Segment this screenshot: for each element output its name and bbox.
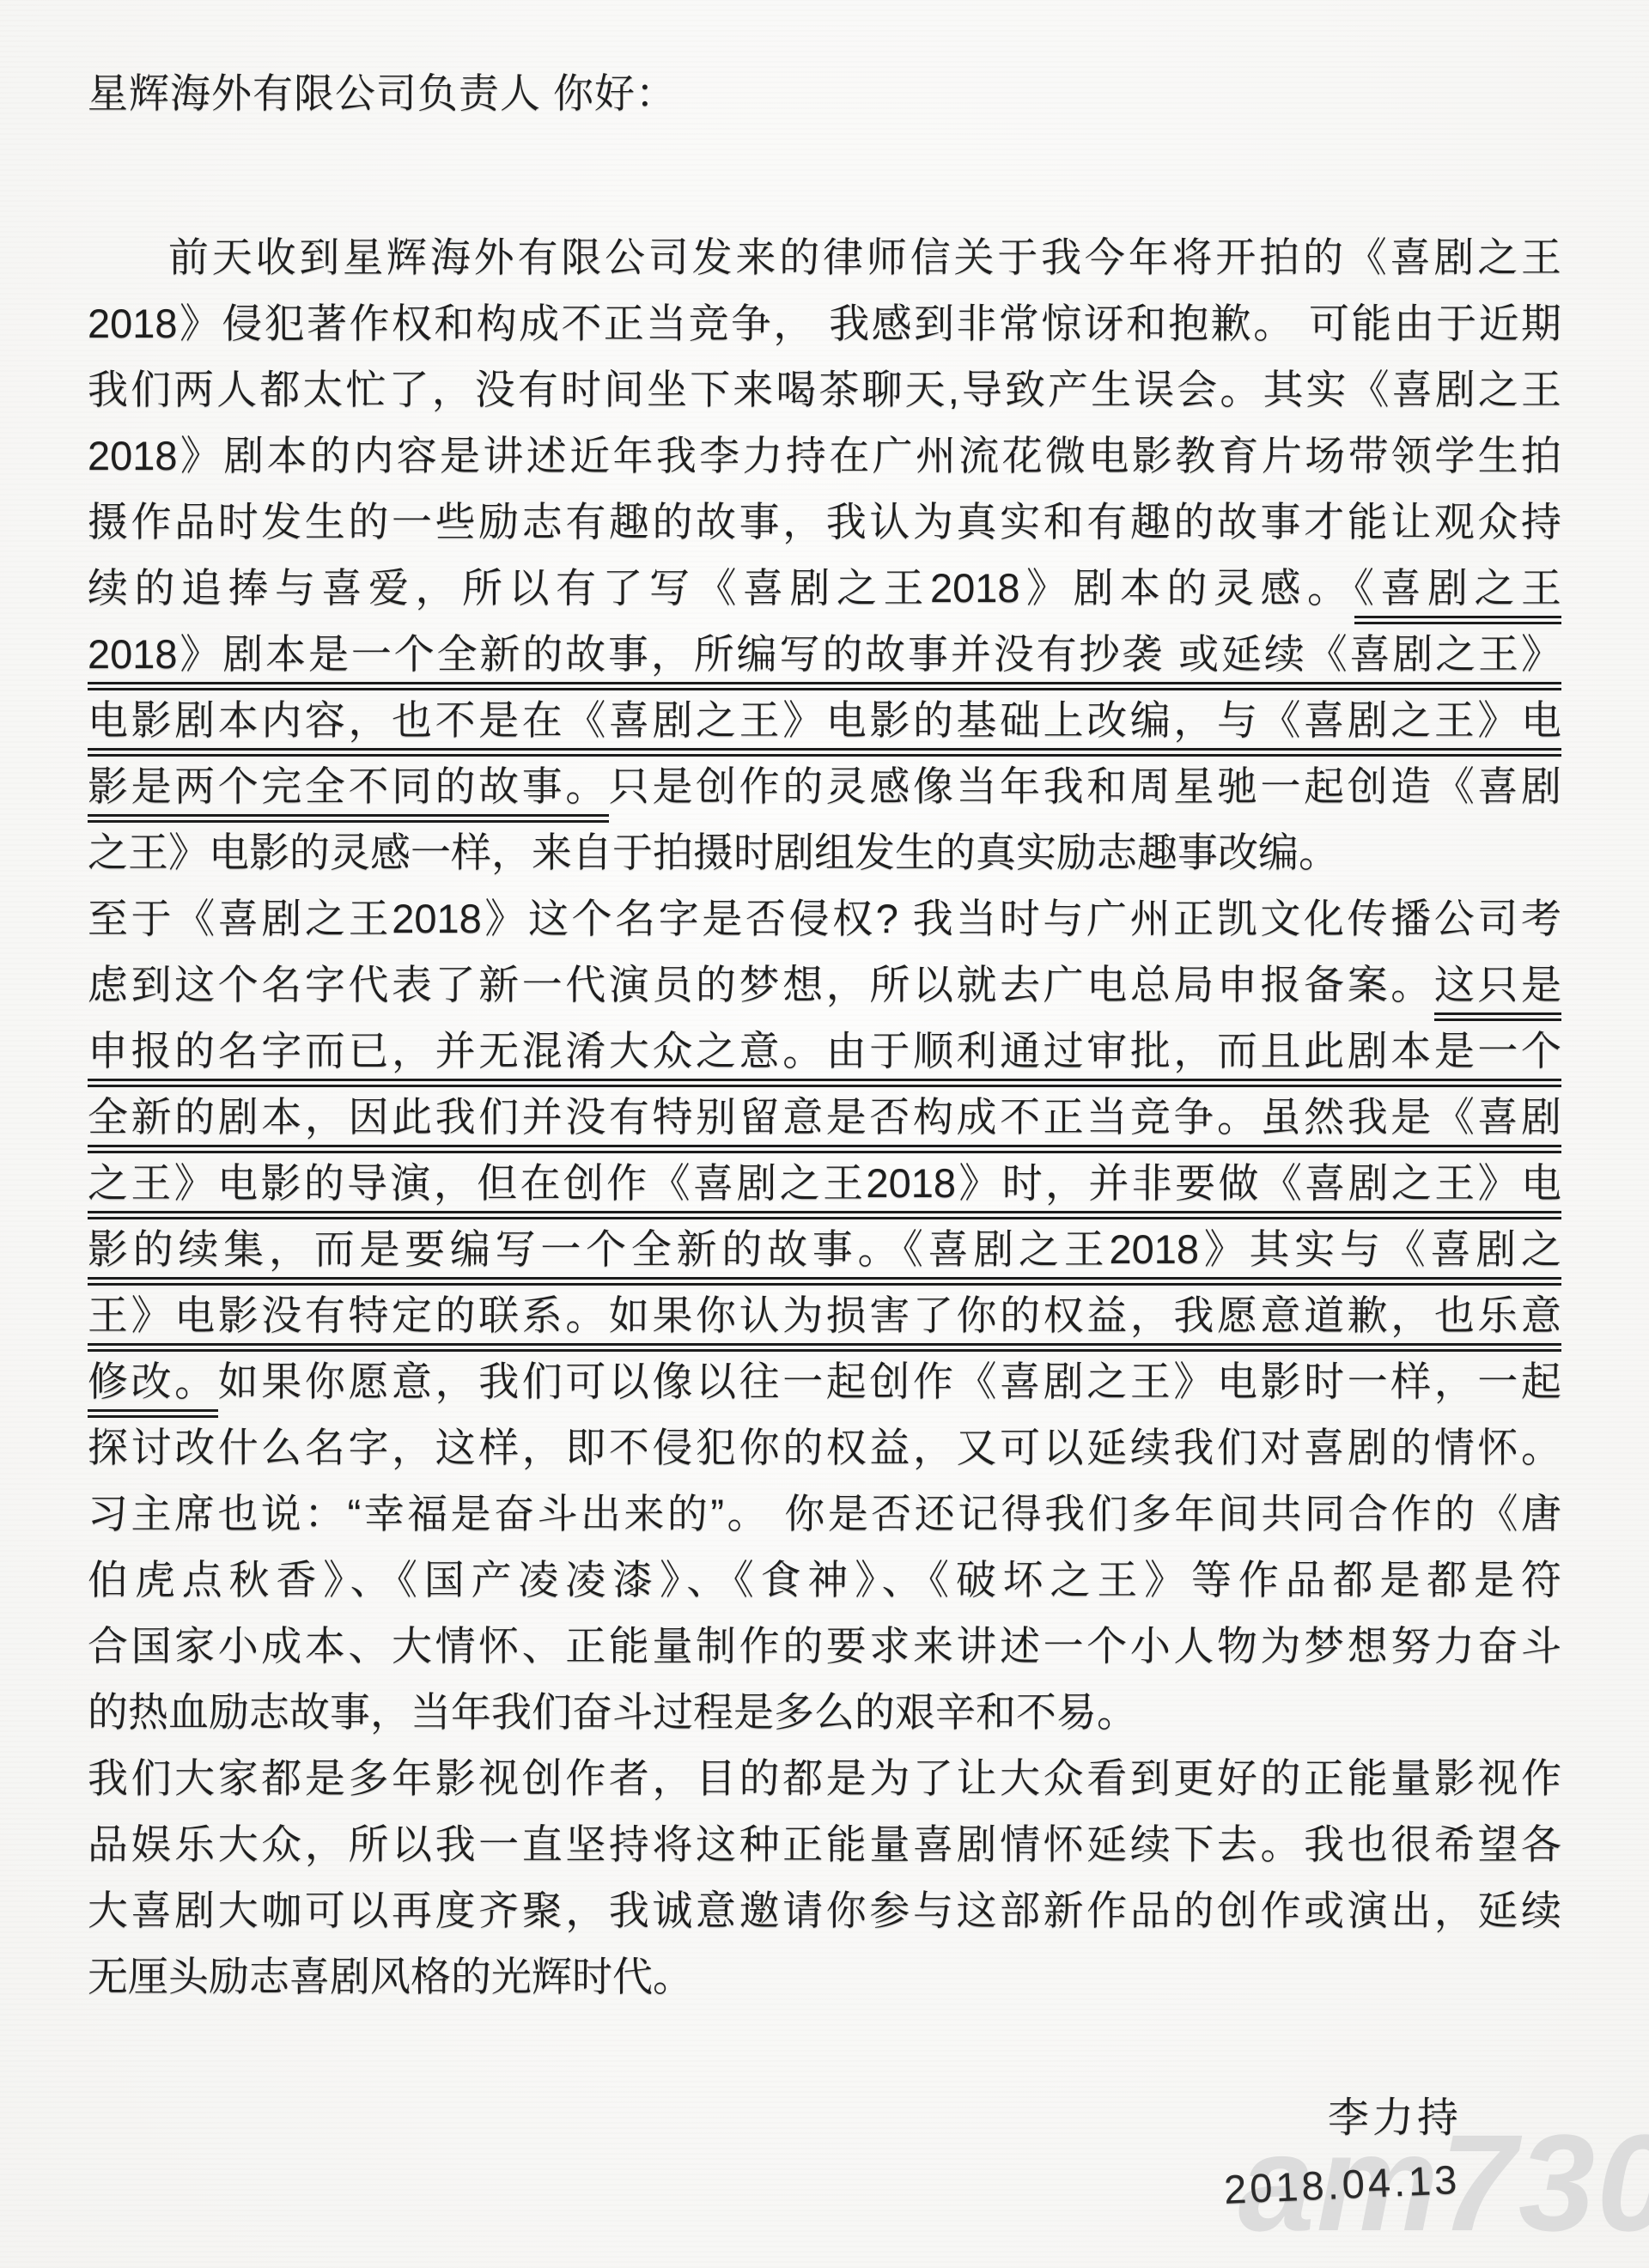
text-segment: 续的追捧与喜爱，所以有了写《喜剧之王2018》剧本的灵感。 [88, 565, 1354, 611]
text-segment: 合国家小成本、大情怀、正能量制作的要求来讲述一个小人物为梦想努力奋斗 [88, 1623, 1561, 1669]
letter-line: 至于《喜剧之王2018》这个名字是否侵权? 我当时与广州正凯文化传播公司考 [88, 885, 1561, 952]
underlined-text: 修改。 [88, 1359, 218, 1418]
text-segment: 的热血励志故事，当年我们奋斗过程是多么的艰辛和不易。 [88, 1689, 1137, 1735]
letter-line: 合国家小成本、大情怀、正能量制作的要求来讲述一个小人物为梦想努力奋斗 [88, 1613, 1561, 1679]
letter-line: 的热血励志故事，当年我们奋斗过程是多么的艰辛和不易。 [88, 1679, 1561, 1745]
underlined-text: 这只是 [1434, 962, 1561, 1021]
letter-line: 大喜剧大咖可以再度齐聚，我诚意邀请你参与这部新作品的创作或演出，延续 [88, 1877, 1561, 1943]
text-segment: 伯虎点秋香》、《国产凌凌漆》、《食神》、《破坏之王》等作品都是都是符 [88, 1557, 1561, 1602]
letter-line: 前天收到星辉海外有限公司发来的律师信关于我今年将开拍的《喜剧之王 [88, 224, 1561, 290]
letter-date: 2018.04.13 [1222, 2146, 1461, 2222]
letter-line: 2018》侵犯著作权和构成不正当竞争， 我感到非常惊讶和抱歉。 可能由于近期 [88, 290, 1561, 356]
letter-line: 影是两个完全不同的故事。只是创作的灵感像当年我和周星驰一起创造《喜剧 [88, 753, 1561, 819]
letter-line: 伯虎点秋香》、《国产凌凌漆》、《食神》、《破坏之王》等作品都是都是符 [88, 1547, 1561, 1613]
letter-line: 虑到这个名字代表了新一代演员的梦想，所以就去广电总局申报备案。这只是 [88, 952, 1561, 1018]
letter-line: 修改。如果你愿意，我们可以像以往一起创作《喜剧之王》电影时一样，一起 [88, 1348, 1561, 1414]
letter-document: am730 星辉海外有限公司负责人 你好： 前天收到星辉海外有限公司发来的律师信… [0, 0, 1649, 2268]
letter-line: 电影剧本内容，也不是在《喜剧之王》电影的基础上改编，与《喜剧之王》电 [88, 687, 1561, 753]
text-segment: 我们大家都是多年影视创作者，目的都是为了让大众看到更好的正能量影视作 [88, 1755, 1561, 1801]
letter-line: 之王》电影的灵感一样，来自于拍摄时剧组发生的真实励志趣事改编。 [88, 819, 1561, 885]
underlined-text: 影是两个完全不同的故事。 [88, 763, 609, 823]
letter-line: 习主席也说：“幸福是奋斗出来的”。 你是否还记得我们多年间共同合作的《唐 [88, 1481, 1561, 1547]
letter-line: 品娱乐大众，所以我一直坚持将这种正能量喜剧情怀延续下去。我也很希望各 [88, 1811, 1561, 1877]
signature-name: 李力持 [88, 2085, 1561, 2151]
letter-line: 申报的名字而已，并无混淆大众之意。由于顺利通过审批，而且此剧本是一个 [88, 1018, 1561, 1084]
text-segment: 至于《喜剧之王2018》这个名字是否侵权? 我当时与广州正凯文化传播公司考 [88, 896, 1561, 941]
salutation-gap [88, 126, 1561, 224]
letter-line: 摄作品时发生的一些励志有趣的故事，我认为真实和有趣的故事才能让观众持 [88, 489, 1561, 555]
text-segment: 摄作品时发生的一些励志有趣的故事，我认为真实和有趣的故事才能让观众持 [88, 499, 1561, 544]
letter-body: 前天收到星辉海外有限公司发来的律师信关于我今年将开拍的《喜剧之王2018》侵犯著… [88, 224, 1561, 2010]
text-segment: 探讨改什么名字，这样，即不侵犯你的权益，又可以延续我们对喜剧的情怀。 [88, 1425, 1561, 1470]
text-segment: 虑到这个名字代表了新一代演员的梦想，所以就去广电总局申报备案。 [88, 962, 1434, 1007]
letter-line: 我们大家都是多年影视创作者，目的都是为了让大众看到更好的正能量影视作 [88, 1745, 1561, 1811]
text-segment: 2018》侵犯著作权和构成不正当竞争， 我感到非常惊讶和抱歉。 可能由于近期 [88, 301, 1561, 346]
underlined-text: 申报的名字而已，并无混淆大众之意。由于顺利通过审批，而且此剧本是一个 [88, 1028, 1561, 1087]
date-row: 2018.04.13 [88, 2151, 1561, 2217]
text-segment: 品娱乐大众，所以我一直坚持将这种正能量喜剧情怀延续下去。我也很希望各 [88, 1821, 1561, 1867]
underlined-text: 电影剧本内容，也不是在《喜剧之王》电影的基础上改编，与《喜剧之王》电 [88, 697, 1561, 757]
letter-line: 2018》剧本的内容是讲述近年我李力持在广州流花微电影教育片场带领学生拍 [88, 423, 1561, 489]
letter-line: 全新的剧本，因此我们并没有特别留意是否构成不正当竞争。虽然我是《喜剧 [88, 1084, 1561, 1150]
letter-content: 星辉海外有限公司负责人 你好： 前天收到星辉海外有限公司发来的律师信关于我今年将… [0, 0, 1649, 2217]
underlined-text: 全新的剧本，因此我们并没有特别留意是否构成不正当竞争。虽然我是《喜剧 [88, 1094, 1561, 1153]
underlined-text: 《喜剧之王 [1354, 565, 1562, 624]
underlined-text: 2018》剧本是一个全新的故事，所编写的故事并没有抄袭 或延续《喜剧之王》 [88, 631, 1561, 690]
text-segment: 大喜剧大咖可以再度齐聚，我诚意邀请你参与这部新作品的创作或演出，延续 [88, 1888, 1561, 1933]
text-segment: 如果你愿意，我们可以像以往一起创作《喜剧之王》电影时一样，一起 [218, 1359, 1561, 1404]
underlined-text: 影的续集，而是要编写一个全新的故事。《喜剧之王2018》其实与《喜剧之 [88, 1226, 1561, 1286]
salutation: 星辉海外有限公司负责人 你好： [88, 60, 1561, 126]
letter-line: 2018》剧本是一个全新的故事，所编写的故事并没有抄袭 或延续《喜剧之王》 [88, 621, 1561, 687]
letter-line: 王》电影没有特定的联系。如果你认为损害了你的权益，我愿意道歉，也乐意 [88, 1282, 1561, 1348]
text-segment: 无厘头励志喜剧风格的光辉时代。 [88, 1954, 693, 1999]
letter-line: 续的追捧与喜爱，所以有了写《喜剧之王2018》剧本的灵感。《喜剧之王 [88, 555, 1561, 621]
letter-line: 影的续集，而是要编写一个全新的故事。《喜剧之王2018》其实与《喜剧之 [88, 1216, 1561, 1282]
text-segment: 只是创作的灵感像当年我和周星驰一起创造《喜剧 [609, 763, 1561, 809]
text-segment: 我们两人都太忙了，没有时间坐下来喝茶聊天,导致产生误会。其实《喜剧之王 [88, 367, 1561, 412]
letter-line: 探讨改什么名字，这样，即不侵犯你的权益，又可以延续我们对喜剧的情怀。 [88, 1414, 1561, 1481]
text-segment: 习主席也说：“幸福是奋斗出来的”。 你是否还记得我们多年间共同合作的《唐 [88, 1491, 1561, 1536]
underlined-text: 之王》电影的导演，但在创作《喜剧之王2018》时，并非要做《喜剧之王》电 [88, 1160, 1561, 1219]
text-segment: 2018》剧本的内容是讲述近年我李力持在广州流花微电影教育片场带领学生拍 [88, 433, 1561, 478]
text-segment: 之王》电影的灵感一样，来自于拍摄时剧组发生的真实励志趣事改编。 [88, 830, 1339, 875]
letter-line: 之王》电影的导演，但在创作《喜剧之王2018》时，并非要做《喜剧之王》电 [88, 1150, 1561, 1216]
underlined-text: 王》电影没有特定的联系。如果你认为损害了你的权益，我愿意道歉，也乐意 [88, 1292, 1561, 1352]
letter-line: 我们两人都太忙了，没有时间坐下来喝茶聊天,导致产生误会。其实《喜剧之王 [88, 356, 1561, 423]
letter-line: 无厘头励志喜剧风格的光辉时代。 [88, 1943, 1561, 2010]
text-segment: 前天收到星辉海外有限公司发来的律师信关于我今年将开拍的《喜剧之王 [168, 234, 1561, 280]
